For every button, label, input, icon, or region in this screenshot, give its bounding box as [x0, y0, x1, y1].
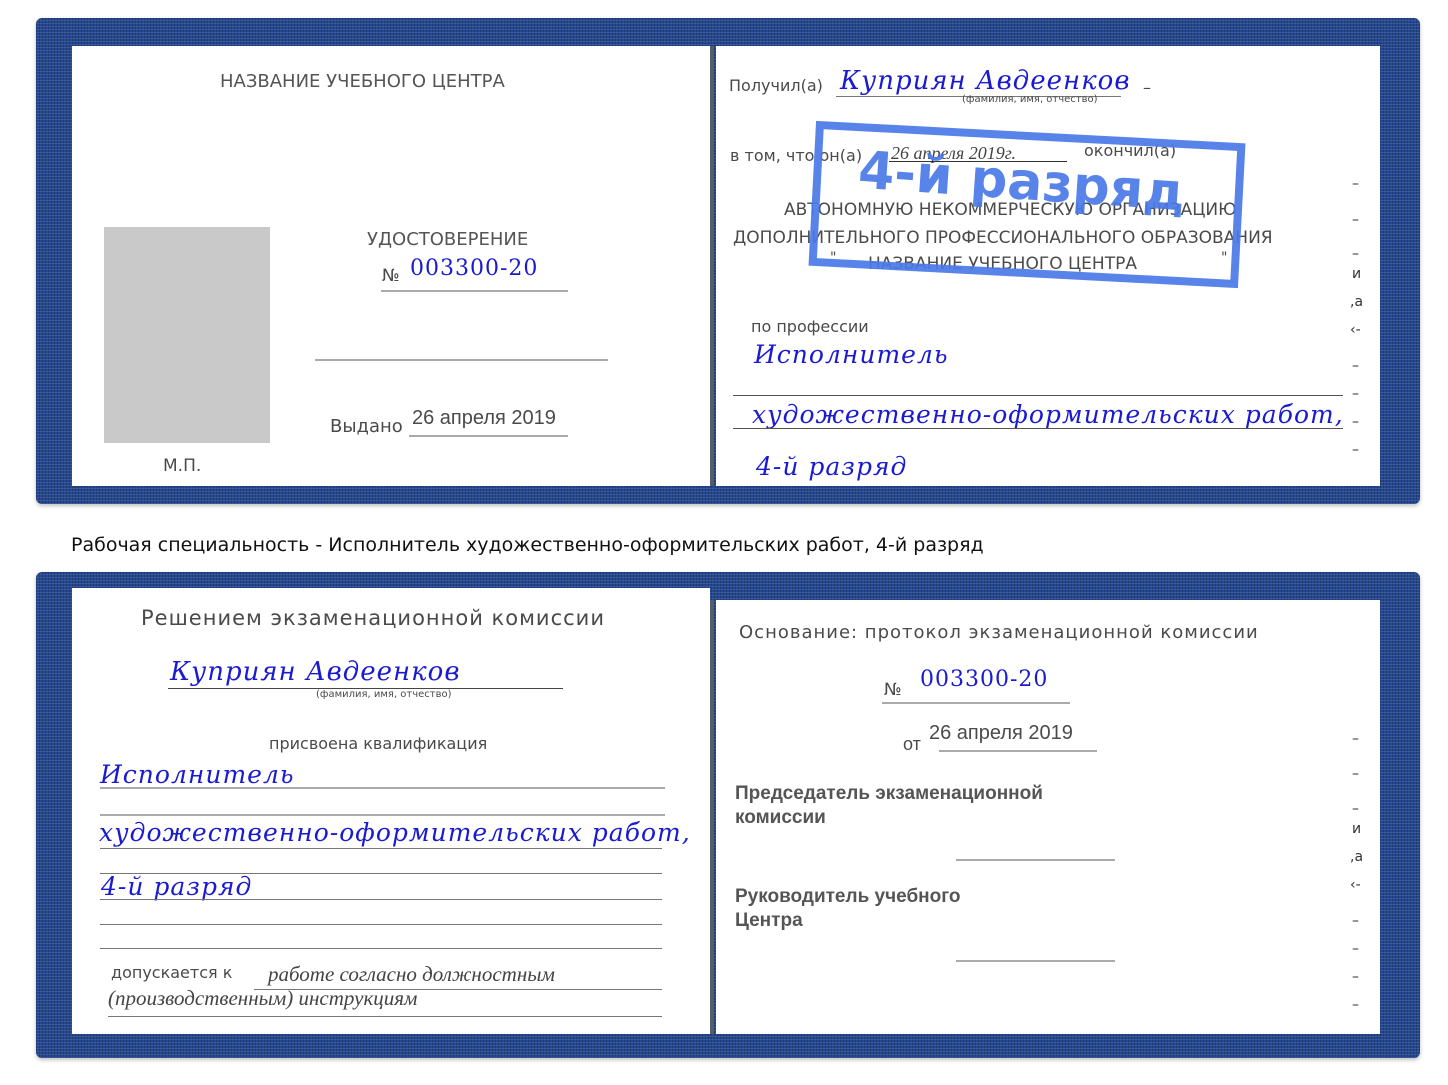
chairman-signature-line[interactable]	[956, 859, 1115, 861]
protocol-number-underline	[882, 702, 1070, 704]
bottom-spine	[710, 600, 714, 1034]
qualification-underline-1	[100, 787, 665, 789]
specialty-caption: Рабочая специальность - Исполнитель худо…	[71, 534, 984, 556]
certificate-number-underline	[381, 290, 568, 292]
basis-label: Основание: протокол экзаменационной коми…	[739, 622, 1259, 643]
qualification-underline-3	[100, 848, 662, 849]
profession-label: по профессии	[751, 317, 869, 336]
head-signature-line[interactable]	[956, 960, 1115, 962]
chairman-title-line-2: комиссии	[735, 807, 826, 829]
admitted-line-2: (производственным) инструкциям	[108, 986, 417, 1011]
qualification-underline-7	[100, 948, 662, 949]
recipient-name: Куприян Авдеенков	[840, 66, 1130, 96]
blank-line	[315, 359, 608, 361]
issued-label: Выдано	[330, 416, 403, 437]
chairman-title-line-1: Председатель экзаменационной	[735, 783, 1043, 805]
issued-date: 26 апреля 2019	[412, 407, 556, 430]
profession-line-1: Исполнитель	[754, 340, 948, 369]
profession-line-3: 4-й разряд	[756, 452, 907, 481]
qualification-line-3: 4-й разряд	[101, 872, 252, 901]
photo-placeholder	[104, 227, 270, 443]
certificate-number: 003300-20	[410, 256, 538, 281]
qualification-line-1: Исполнитель	[100, 760, 294, 789]
head-title-line-1: Руководитель учебного	[735, 886, 961, 908]
seal-label: М.П.	[163, 456, 201, 476]
admitted-label: допускается к	[111, 963, 232, 982]
training-center-name: НАЗВАНИЕ УЧЕБНОГО ЦЕНТРА	[220, 71, 505, 92]
certificate-title: УДОСТОВЕРЕНИЕ	[367, 229, 528, 250]
protocol-date-underline	[939, 750, 1097, 752]
admitted-line-1: работе согласно должностным	[268, 962, 555, 987]
recipient-name-hint: (фамилия, имя, отчество)	[962, 94, 1098, 105]
graduate-name: Куприян Авдеенков	[170, 657, 460, 687]
profession-underline-1	[733, 395, 1343, 396]
protocol-date: 26 апреля 2019	[929, 722, 1073, 745]
issued-date-underline	[409, 435, 568, 437]
qualification-underline-2	[100, 814, 665, 816]
qualification-label: присвоена квалификация	[269, 734, 487, 753]
commission-heading: Решением экзаменационной комиссии	[141, 606, 605, 630]
graduate-name-hint: (фамилия, имя, отчество)	[316, 689, 452, 700]
protocol-number: 003300-20	[920, 667, 1048, 692]
name-dash: –	[1143, 78, 1151, 97]
protocol-number-label: №	[884, 680, 902, 700]
certificate-number-label: №	[382, 266, 400, 286]
qualification-underline-6	[100, 924, 662, 925]
admitted-underline-2	[108, 1016, 662, 1017]
head-title-line-2: Центра	[735, 910, 803, 932]
qualification-underline-5	[100, 899, 662, 900]
received-label: Получил(а)	[729, 76, 823, 95]
top-spine	[710, 46, 714, 486]
profession-line-2: художественно-оформительских работ,	[752, 400, 1344, 429]
qualification-line-2: художественно-оформительских работ,	[99, 818, 691, 847]
protocol-date-label: от	[903, 734, 921, 755]
profession-underline-2	[733, 428, 1343, 429]
